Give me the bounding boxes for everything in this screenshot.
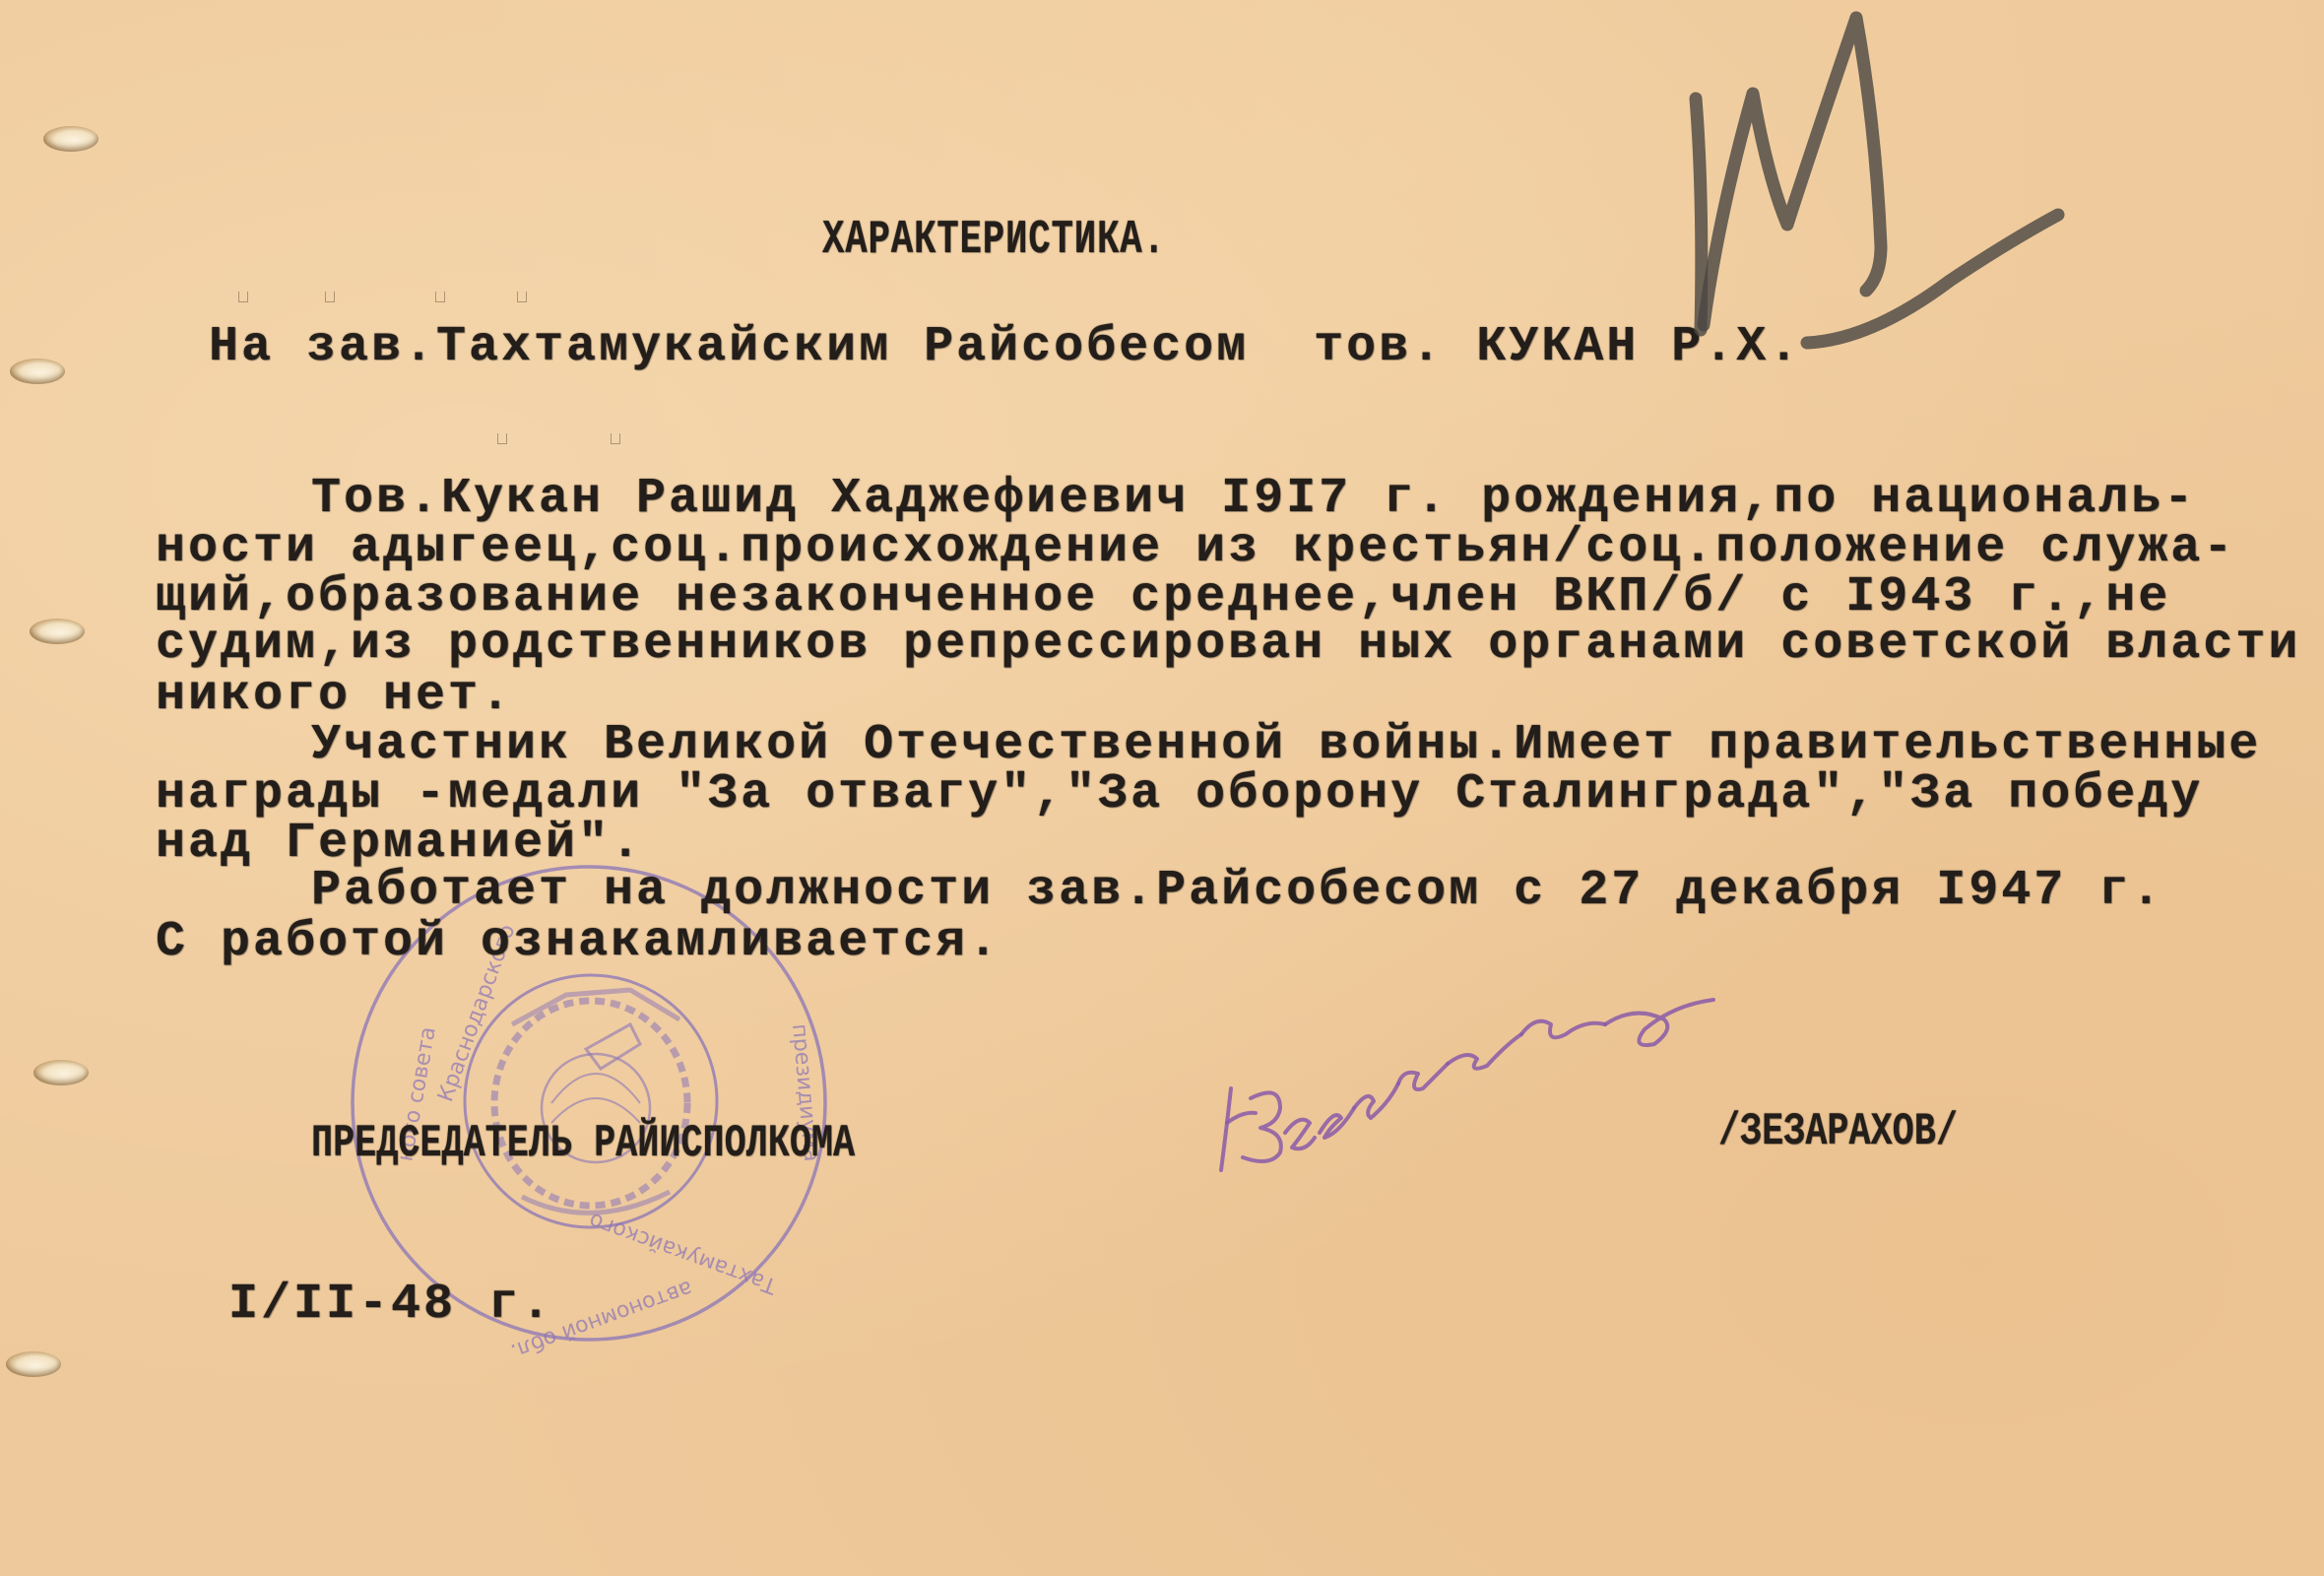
binding-hole <box>33 1060 89 1085</box>
tick-mark <box>238 292 248 302</box>
binding-hole <box>10 359 65 384</box>
body-line: судим,из родственников репрессирован ных… <box>156 621 2300 670</box>
tick-mark <box>611 433 620 444</box>
tick-mark <box>435 292 445 302</box>
document-title: ХАРАКТЕРИСТИКА. <box>822 217 1166 264</box>
body-line: никого нет. <box>156 672 513 721</box>
signatory-title: ПРЕДСЕДАТЕЛЬ РАЙИСПОЛКОМА <box>311 1121 855 1166</box>
binding-hole <box>30 619 85 644</box>
signatory-name: /ЗЕЗАРАХОВ/ <box>1718 1109 1958 1154</box>
document-subject: На зав.Тахтамукайским Райсобесом тов. КУ… <box>209 323 1801 372</box>
binding-hole <box>6 1351 61 1377</box>
tick-mark <box>497 433 507 444</box>
tick-mark <box>517 292 527 302</box>
body-line: Тов.Кукан Рашид Хаджефиевич I9I7 г. рожд… <box>311 475 2196 524</box>
body-line: щий,образование незаконченное среднее,чл… <box>156 573 2170 623</box>
document-page: ного совета Краснодарского автономной об… <box>0 0 2324 1576</box>
body-line: Участник Великой Отечественной войны.Име… <box>311 721 2261 770</box>
binding-hole <box>43 126 98 152</box>
body-line: над Германией". <box>156 820 643 869</box>
body-line: награды -медали "За отвагу","За оборону … <box>156 770 2203 820</box>
body-line: С работой ознакамливается. <box>156 918 1001 967</box>
svg-text:Тахтамукайского: Тахтамукайского <box>586 1208 781 1299</box>
body-line: ности адыгеец,соц.происхождение из крест… <box>156 524 2235 573</box>
tick-mark <box>325 292 335 302</box>
document-date: I/II-48 г. <box>228 1280 553 1330</box>
body-line: Работает на должности зав.Райсобесом с 2… <box>311 867 2163 916</box>
